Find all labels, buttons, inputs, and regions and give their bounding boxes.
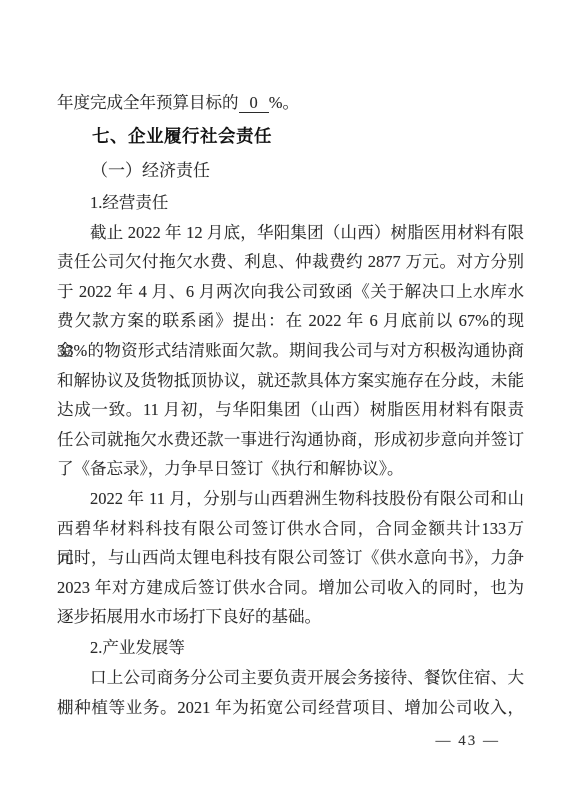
subsection-heading: （一）经济责任 xyxy=(57,154,524,187)
body-line: 逐步拓展用水市场打下良好的基础。 xyxy=(57,602,524,632)
body-line: 任公司就拖欠水费还款一事进行沟通协商，形成初步意向并签订 xyxy=(57,425,524,455)
body-line: 西碧华材料科技有限公司签订供水合同，合同金额共计133万元。 xyxy=(57,514,524,544)
body-line: 责任公司欠付拖欠水费、利息、仲裁费约 2877 万元。对方分别 xyxy=(57,247,524,277)
paragraph-1: 截止 2022 年 12 月底，华阳集团（山西）树脂医用材料有限 责任公司欠付拖… xyxy=(57,218,524,484)
section-heading: 七、企业履行社会责任 xyxy=(57,118,524,154)
filled-blank-value: 0 xyxy=(239,93,269,113)
document-page: 年度完成全年预算目标的0%。 七、企业履行社会责任 （一）经济责任 1.经营责任… xyxy=(0,0,574,793)
body-line: 同时，与山西尚太锂电科技有限公司签订《供水意向书》，力争 xyxy=(57,543,524,573)
body-line: 棚种植等业务。2021 年为拓宽公司经营项目、增加公司收入， xyxy=(57,693,524,723)
continuation-line-suffix: %。 xyxy=(269,93,299,112)
body-line: 达成一致。11 月初，与华阳集团（山西）树脂医用材料有限责 xyxy=(57,395,524,425)
continuation-line-prefix: 年度完成全年预算目标的 xyxy=(57,93,239,112)
continuation-line: 年度完成全年预算目标的0%。 xyxy=(57,88,524,118)
body-line: 口上公司商务分公司主要负责开展会务接待、餐饮住宿、大 xyxy=(57,663,524,693)
body-line: 费欠款方案的联系函》提出：在 2022 年 6 月底前以 67%的现金， xyxy=(57,306,524,336)
page-number: — 43 — xyxy=(436,733,501,750)
document-content: 年度完成全年预算目标的0%。 七、企业履行社会责任 （一）经济责任 1.经营责任… xyxy=(57,88,524,722)
item2-heading: 2.产业发展等 xyxy=(57,632,524,663)
body-line: 2023 年对方建成后签订供水合同。增加公司收入的同时，也为 xyxy=(57,573,524,603)
body-line: 2022 年 11 月，分别与山西碧洲生物科技股份有限公司和山 xyxy=(57,484,524,514)
paragraph-3: 口上公司商务分公司主要负责开展会务接待、餐饮住宿、大 棚种植等业务。2021 年… xyxy=(57,663,524,722)
paragraph-2: 2022 年 11 月，分别与山西碧洲生物科技股份有限公司和山 西碧华材料科技有… xyxy=(57,484,524,632)
body-line: 于 2022 年 4 月、6 月两次向我公司致函《关于解决口上水库水 xyxy=(57,277,524,307)
body-line: 截止 2022 年 12 月底，华阳集团（山西）树脂医用材料有限 xyxy=(57,218,524,248)
body-line: 33%的物资形式结清账面欠款。期间我公司与对方积极沟通协商 xyxy=(57,336,524,366)
body-line: 了《备忘录》，力争早日签订《执行和解协议》。 xyxy=(57,454,524,484)
item1-heading: 1.经营责任 xyxy=(57,187,524,218)
body-line: 和解协议及货物抵顶协议，就还款具体方案实施存在分歧，未能 xyxy=(57,366,524,396)
